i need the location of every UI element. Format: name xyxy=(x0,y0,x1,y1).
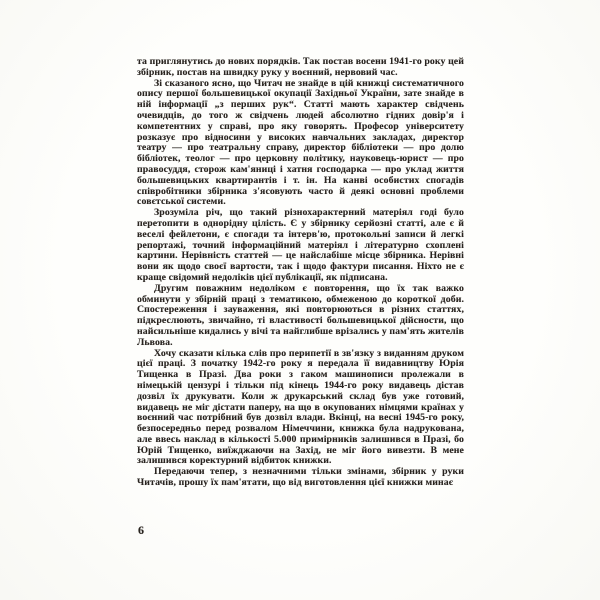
body-paragraph: Другим поважним недоліком є повторення, … xyxy=(137,284,464,349)
body-paragraph: Хочу сказати кілька слів про перипетії в… xyxy=(137,349,464,468)
body-paragraph: Зрозуміла річ, що такий різнохарактерний… xyxy=(137,208,464,284)
body-paragraph: Передаючи тепер, з незначними тільки змі… xyxy=(137,467,464,489)
body-paragraph: та приглянутись до нових порядків. Так п… xyxy=(137,57,464,79)
body-paragraph: Зі сказаного ясно, що Читач не знайде в … xyxy=(137,79,464,209)
text-block: та приглянутись до нових порядків. Так п… xyxy=(137,57,464,489)
book-page: та приглянутись до нових порядків. Так п… xyxy=(0,0,600,600)
page-number: 6 xyxy=(138,523,144,538)
